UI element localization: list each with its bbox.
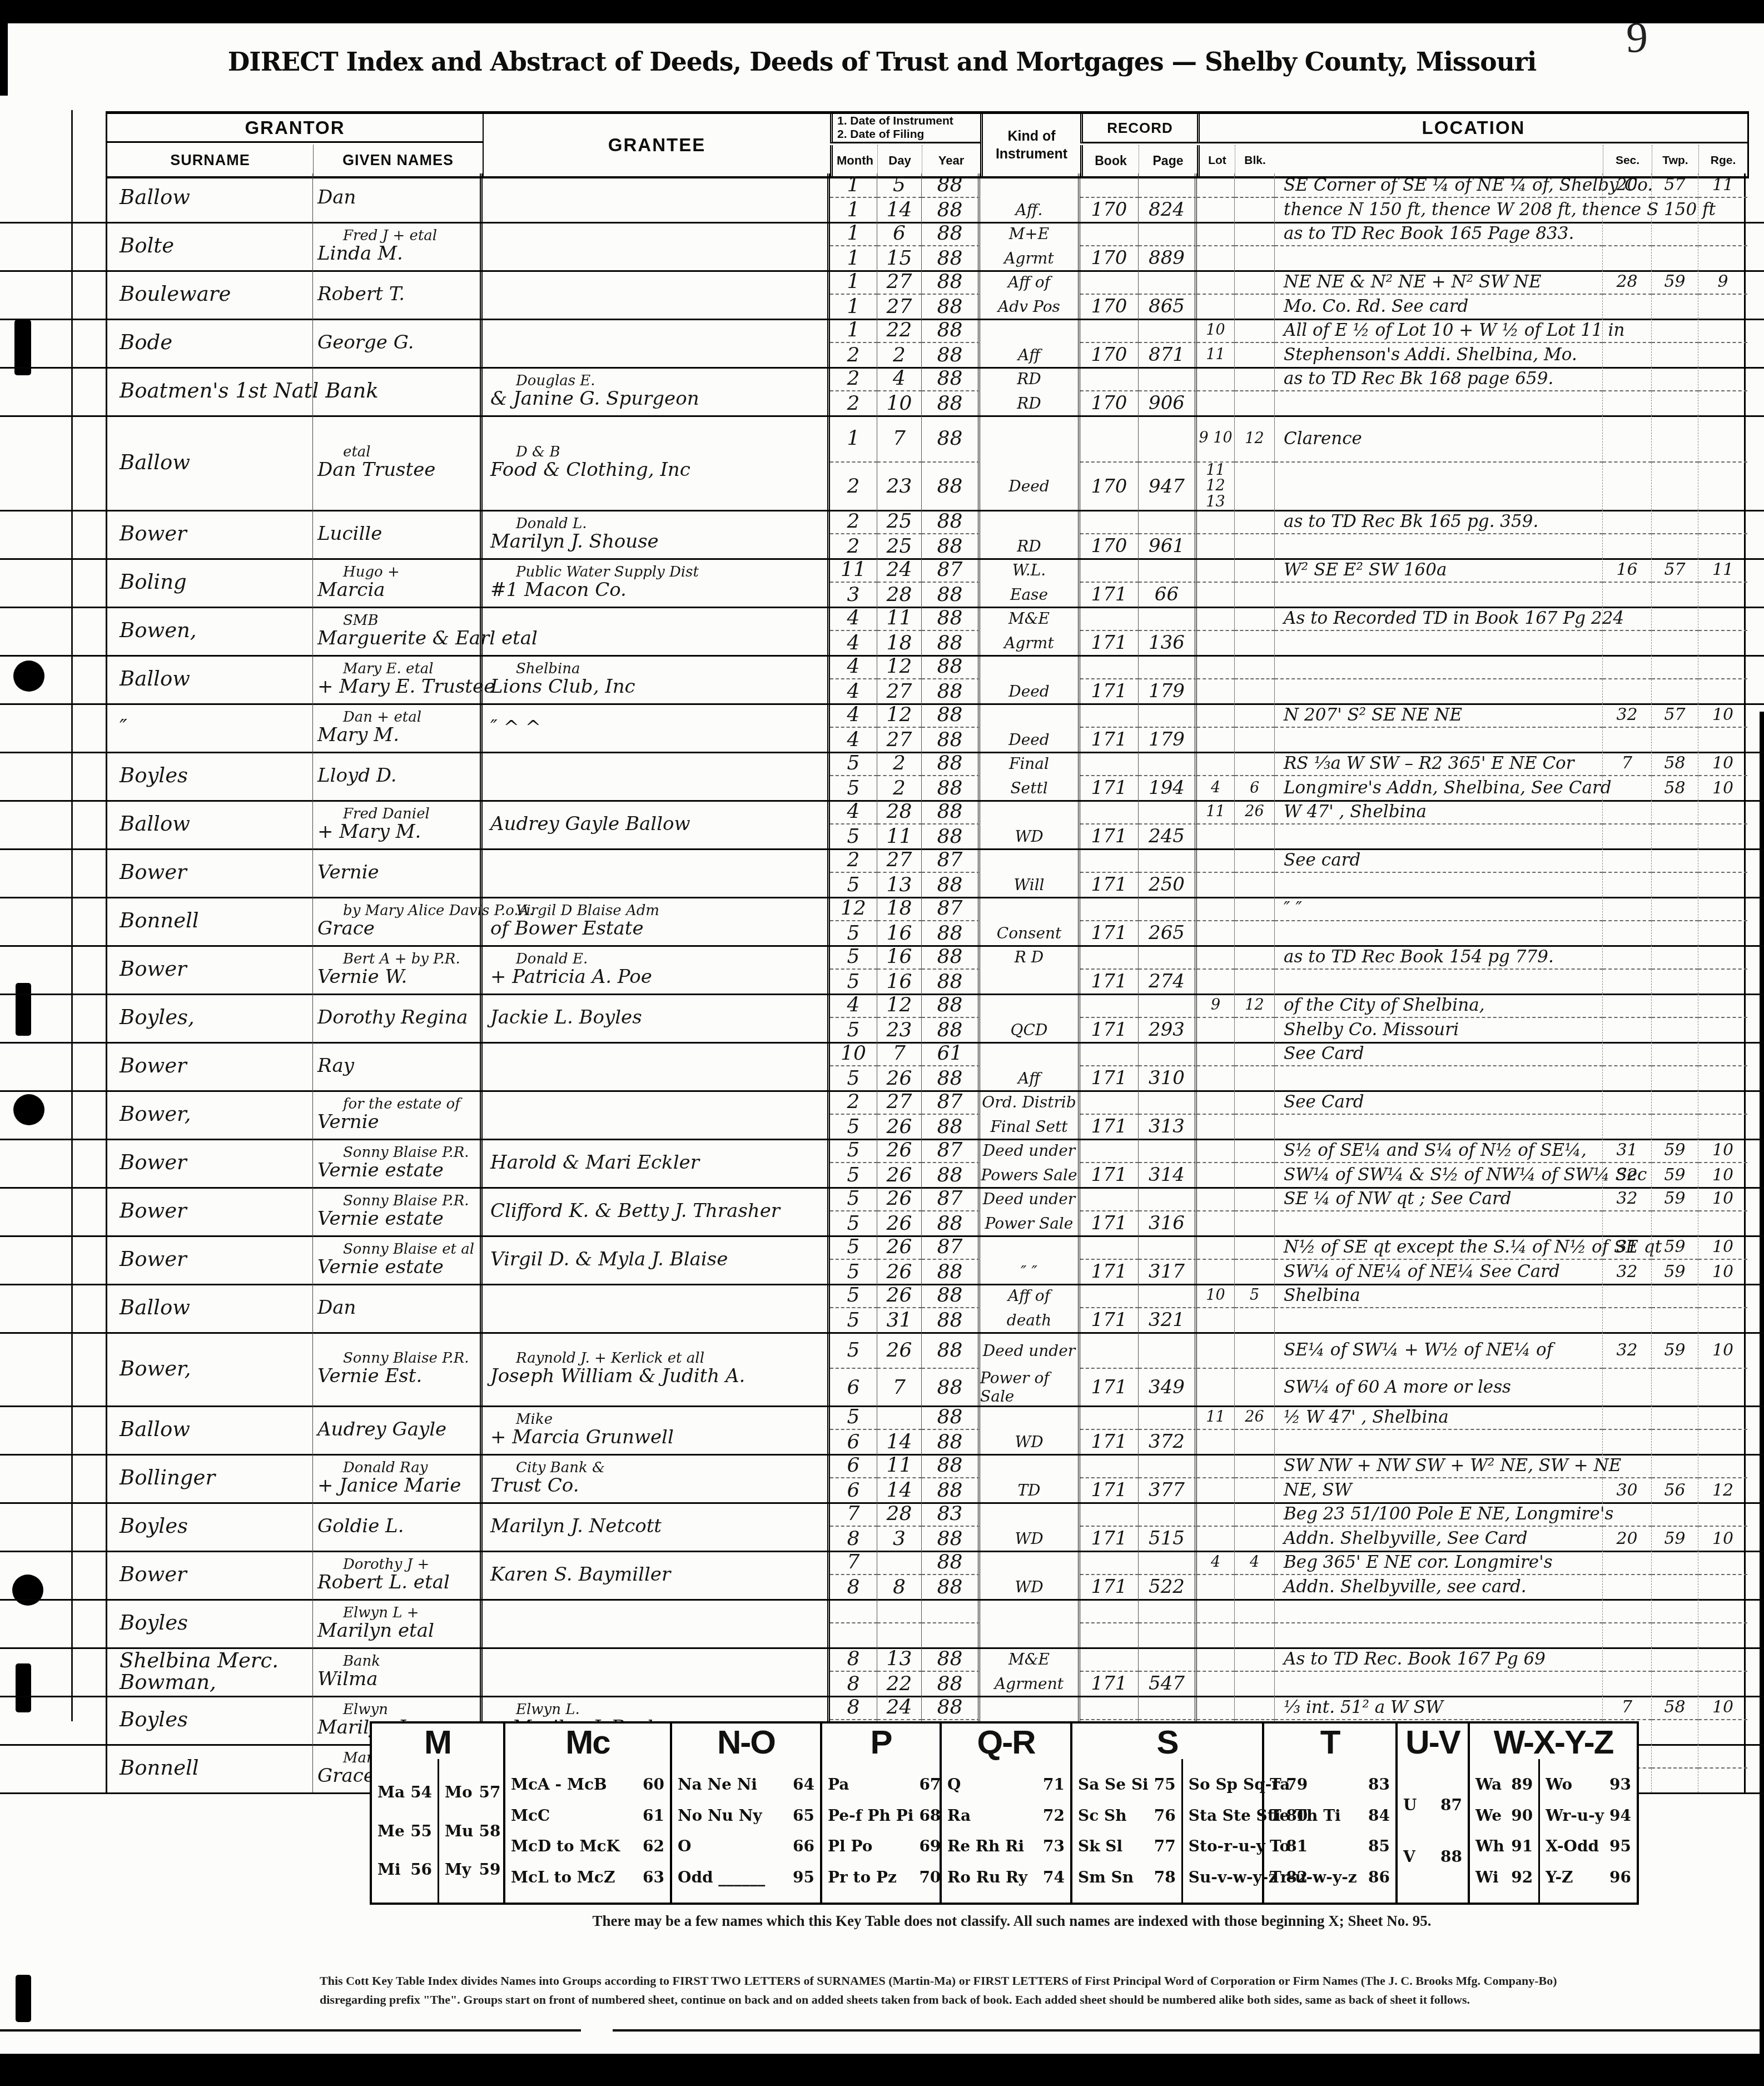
location-rge bbox=[1698, 970, 1747, 994]
grantee: + Marcia Grunwell bbox=[490, 1428, 827, 1448]
location-rge: 11 bbox=[1698, 173, 1747, 198]
key-column: Ta83Te Th Ti84To85Tr-u-w-y-z86 bbox=[1264, 1759, 1395, 1903]
key-item-range: Wr-u-y bbox=[1546, 1806, 1604, 1825]
record-page: 947 bbox=[1139, 463, 1197, 510]
key-column: U87V88 bbox=[1398, 1759, 1468, 1903]
kind-of-instrument bbox=[980, 1696, 1080, 1720]
kind-of-instrument bbox=[980, 1405, 1080, 1430]
index-entry: BolteFred J + etalLinda M.1688M+Eas to T… bbox=[106, 222, 1746, 270]
location-sec bbox=[1603, 1575, 1652, 1600]
key-item: Ta83 bbox=[1270, 1775, 1390, 1794]
record-page: 321 bbox=[1139, 1308, 1197, 1333]
date-month: 5 bbox=[830, 825, 877, 849]
location-sec bbox=[1603, 583, 1652, 607]
location-description: All of E ½ of Lot 10 + W ½ of Lot 11 in bbox=[1275, 319, 1603, 343]
key-table: MMa54Me55Mi56Mo57Mu58My59McMcA - McB60Mc… bbox=[370, 1721, 1639, 1905]
location-rge bbox=[1698, 1551, 1747, 1575]
grantee-cell bbox=[483, 1284, 830, 1332]
index-entry: BowerSonny Blaise et alVernie estateVirg… bbox=[106, 1235, 1746, 1284]
grantor-given: Dan bbox=[317, 188, 480, 208]
location-rge bbox=[1698, 1769, 1747, 1793]
index-entry: BoylesElwyn L +Marilyn etal bbox=[106, 1599, 1746, 1647]
location-rge bbox=[1698, 1042, 1747, 1066]
record-page: 313 bbox=[1139, 1115, 1197, 1139]
key-item-range: Ma bbox=[377, 1783, 405, 1801]
grantee-cell: Audrey Gayle Ballow bbox=[483, 800, 830, 848]
location-lot bbox=[1197, 1066, 1235, 1091]
location-description: ½ W 47' , Shelbina bbox=[1275, 1405, 1603, 1430]
date-year: 88 bbox=[922, 1018, 980, 1042]
location-lot bbox=[1197, 607, 1235, 631]
location-lot bbox=[1197, 970, 1235, 994]
record-page: 274 bbox=[1139, 970, 1197, 994]
location-twp bbox=[1652, 1369, 1698, 1405]
grantor-surname-2: Bowen, bbox=[120, 620, 312, 642]
location-rge bbox=[1698, 1744, 1747, 1769]
key-item: Mo57 bbox=[445, 1783, 500, 1801]
location-twp: 59 bbox=[1652, 1527, 1698, 1551]
location-description bbox=[1275, 873, 1603, 897]
record-page: 66 bbox=[1139, 583, 1197, 607]
date-year: 88 bbox=[922, 222, 980, 246]
location-rge bbox=[1698, 728, 1747, 752]
location-sec bbox=[1603, 1066, 1652, 1091]
grantor-given: + Mary M. bbox=[317, 822, 480, 842]
location-lot: 11 bbox=[1197, 1405, 1235, 1430]
record-page bbox=[1139, 319, 1197, 343]
bottom-rule-right bbox=[613, 2029, 1764, 2032]
location-description bbox=[1275, 1115, 1603, 1139]
location-description: as to TD Rec Bk 168 page 659. bbox=[1275, 367, 1603, 391]
grantor-surname-cell: Boyles bbox=[107, 1599, 313, 1647]
date-month: 4 bbox=[830, 800, 877, 825]
grantee-cell: ShelbinaLions Club, Inc bbox=[483, 655, 830, 703]
location-rge bbox=[1698, 921, 1747, 946]
location-lot bbox=[1197, 1090, 1235, 1115]
location-twp: 59 bbox=[1652, 1332, 1698, 1369]
grantor-given-cell: SMBMarguerite & Earl etal bbox=[313, 607, 483, 655]
location-sec bbox=[1603, 728, 1652, 752]
grantor-given: Vernie bbox=[317, 863, 480, 883]
key-item-range: Pl Po bbox=[828, 1837, 872, 1855]
kind-of-instrument: Deed bbox=[980, 728, 1080, 752]
location-twp bbox=[1652, 921, 1698, 946]
location-sec bbox=[1603, 1672, 1652, 1696]
kind-of-instrument: QCD bbox=[980, 1018, 1080, 1042]
location-sec bbox=[1603, 222, 1652, 246]
location-lot bbox=[1197, 1369, 1235, 1405]
grantee-cell bbox=[483, 1042, 830, 1090]
record-page bbox=[1139, 1647, 1197, 1672]
record-page bbox=[1139, 415, 1197, 463]
location-sec bbox=[1603, 295, 1652, 319]
location-blk: 26 bbox=[1235, 800, 1275, 825]
scan-edge-right bbox=[1760, 712, 1764, 2054]
index-entry: Boyles,Dorothy ReginaJackie L. Boyles412… bbox=[106, 994, 1746, 1042]
location-description: as to TD Rec Book 165 Page 833. bbox=[1275, 222, 1603, 246]
location-description bbox=[1275, 728, 1603, 752]
location-blk bbox=[1235, 295, 1275, 319]
date-month: 5 bbox=[830, 921, 877, 946]
grantee: Lions Club, Inc bbox=[490, 677, 827, 697]
record-book: 171 bbox=[1080, 1672, 1139, 1696]
location-rge bbox=[1698, 1018, 1747, 1042]
location-lot bbox=[1197, 1211, 1235, 1236]
grantee-cell: ″ ^ ^ bbox=[483, 703, 830, 752]
date-year: 88 bbox=[922, 679, 980, 704]
record-book bbox=[1080, 1187, 1139, 1211]
fine-print-line2: disregarding prefix "The". Groups start … bbox=[320, 1990, 1763, 2009]
location-twp bbox=[1652, 1018, 1698, 1042]
key-group-label: P bbox=[822, 1724, 940, 1759]
location-twp bbox=[1652, 1454, 1698, 1478]
record-page bbox=[1139, 1502, 1197, 1527]
date-month: 5 bbox=[830, 1308, 877, 1333]
record-page bbox=[1139, 510, 1197, 534]
date-year: 88 bbox=[922, 873, 980, 897]
index-entry: BowerVernie22787See card51388Will171250 bbox=[106, 848, 1746, 897]
grantee: Joseph William & Judith A. bbox=[490, 1367, 827, 1387]
date-month: 4 bbox=[830, 679, 877, 704]
location-twp: 59 bbox=[1652, 1139, 1698, 1163]
record-book: 171 bbox=[1080, 873, 1139, 897]
grantor-given: Lloyd D. bbox=[317, 766, 480, 786]
date-year: 88 bbox=[922, 800, 980, 825]
location-rge bbox=[1698, 655, 1747, 679]
location-sec: 32 bbox=[1603, 1260, 1652, 1284]
kind-of-instrument: Agrmt bbox=[980, 631, 1080, 655]
location-lot bbox=[1197, 703, 1235, 728]
date-month: 2 bbox=[830, 510, 877, 534]
location-blk bbox=[1235, 1369, 1275, 1405]
grantor-surname: Bower bbox=[120, 1200, 312, 1222]
location-description: As to Recorded TD in Book 167 Pg 224 bbox=[1275, 607, 1603, 631]
location-rge bbox=[1698, 1647, 1747, 1672]
date-month: 8 bbox=[830, 1647, 877, 1672]
key-item-range: Odd ______ bbox=[678, 1868, 765, 1886]
date-month: 2 bbox=[830, 848, 877, 873]
record-book: 171 bbox=[1080, 1478, 1139, 1503]
location-description: Addn. Shelbyville, see card. bbox=[1275, 1575, 1603, 1600]
location-lot bbox=[1197, 1696, 1235, 1720]
grantee: ″ ^ ^ bbox=[490, 718, 827, 738]
grantor-given-cell: Fred J + etalLinda M. bbox=[313, 222, 483, 270]
key-item: Mu58 bbox=[445, 1822, 500, 1840]
key-item-range: Pa bbox=[828, 1775, 849, 1794]
key-item-range: U bbox=[1403, 1796, 1417, 1814]
location-sec: 7 bbox=[1603, 752, 1652, 776]
grantor-given-top: Elwyn bbox=[343, 1702, 480, 1717]
location-description bbox=[1275, 1066, 1603, 1091]
location-sec bbox=[1603, 655, 1652, 679]
grantee-cell: Douglas E.& Janine G. Spurgeon bbox=[483, 367, 830, 415]
key-item-range: Ro Ru Ry bbox=[947, 1868, 1027, 1886]
key-item-sheet-number: 70 bbox=[919, 1868, 941, 1886]
date-month: 4 bbox=[830, 655, 877, 679]
record-book bbox=[1080, 1139, 1139, 1163]
location-sec bbox=[1603, 1115, 1652, 1139]
date-month: 1 bbox=[830, 246, 877, 271]
key-item-range: Ta bbox=[1270, 1775, 1290, 1794]
date-day: 3 bbox=[877, 1527, 922, 1551]
col-sec: Sec. bbox=[1603, 145, 1652, 176]
record-page bbox=[1139, 848, 1197, 873]
location-description bbox=[1275, 463, 1603, 510]
kind-of-instrument: Deed bbox=[980, 463, 1080, 510]
location-twp bbox=[1652, 607, 1698, 631]
record-page bbox=[1139, 655, 1197, 679]
date-year: 88 bbox=[922, 1284, 980, 1308]
location-blk bbox=[1235, 897, 1275, 921]
date-year: 88 bbox=[922, 1527, 980, 1551]
date-day: 26 bbox=[877, 1284, 922, 1308]
index-entry: BallowDan52688Aff of105Shelbina53188deat… bbox=[106, 1284, 1746, 1332]
grantor-given-cell: Goldie L. bbox=[313, 1502, 483, 1551]
key-item-range: McC bbox=[511, 1806, 550, 1825]
location-description bbox=[1275, 825, 1603, 849]
kind-of-instrument bbox=[980, 1042, 1080, 1066]
location-blk bbox=[1235, 970, 1275, 994]
index-entry: BowerRay10761See Card52688Aff171310 bbox=[106, 1042, 1746, 1090]
location-blk bbox=[1235, 270, 1275, 295]
fine-print-line1: This Cott Key Table Index divides Names … bbox=[320, 1971, 1763, 1990]
col-page: Page bbox=[1139, 145, 1197, 176]
grantor-given: Linda M. bbox=[317, 244, 480, 264]
location-description bbox=[1275, 391, 1603, 416]
location-description: SE ¼ of NW qt ; See Card bbox=[1275, 1187, 1603, 1211]
record-book bbox=[1080, 897, 1139, 921]
kind-of-instrument: M+E bbox=[980, 222, 1080, 246]
location-description bbox=[1275, 1623, 1603, 1648]
date-year: 88 bbox=[922, 295, 980, 319]
record-page bbox=[1139, 173, 1197, 198]
kind-of-instrument: W.L. bbox=[980, 558, 1080, 583]
kind-of-instrument: Will bbox=[980, 873, 1080, 897]
col-record: RECORD bbox=[1080, 114, 1197, 143]
record-page bbox=[1139, 752, 1197, 776]
date-day: 11 bbox=[877, 607, 922, 631]
grantor-given-cell bbox=[313, 367, 483, 415]
date-month: 5 bbox=[830, 873, 877, 897]
date-day: 16 bbox=[877, 945, 922, 970]
index-entry: BallowMary E. etal+ Mary E. TrusteeShelb… bbox=[106, 655, 1746, 703]
location-lot bbox=[1197, 945, 1235, 970]
grantor-surname: Bower bbox=[120, 1564, 312, 1586]
scan-edge-top bbox=[0, 0, 1764, 23]
location-rge bbox=[1698, 319, 1747, 343]
record-book bbox=[1080, 1405, 1139, 1430]
location-blk bbox=[1235, 848, 1275, 873]
kind-of-instrument: Consent bbox=[980, 921, 1080, 946]
location-rge: 10 bbox=[1698, 776, 1747, 801]
record-page: 515 bbox=[1139, 1527, 1197, 1551]
margin-rule bbox=[71, 110, 73, 1721]
grantor-given-top: for the estate of bbox=[343, 1097, 480, 1111]
grantee-cell: Karen S. Baymiller bbox=[483, 1551, 830, 1599]
key-item: Ra72 bbox=[947, 1806, 1065, 1825]
grantor-given-top: Elwyn L + bbox=[343, 1606, 480, 1620]
grantor-given-cell: Sonny Blaise P.R.Vernie estate bbox=[313, 1187, 483, 1235]
record-book: 171 bbox=[1080, 970, 1139, 994]
record-book: 171 bbox=[1080, 921, 1139, 946]
record-page bbox=[1139, 1405, 1197, 1430]
location-twp bbox=[1652, 367, 1698, 391]
location-lot bbox=[1197, 1623, 1235, 1648]
location-sec bbox=[1603, 343, 1652, 367]
key-item: O66 bbox=[678, 1837, 814, 1855]
key-item: Sm Sn78 bbox=[1078, 1868, 1176, 1886]
record-page bbox=[1139, 367, 1197, 391]
grantor-given: Marcia bbox=[317, 580, 480, 600]
location-twp: 57 bbox=[1652, 173, 1698, 198]
location-sec bbox=[1603, 994, 1652, 1018]
location-sec: 20 bbox=[1603, 173, 1652, 198]
location-rge bbox=[1698, 1066, 1747, 1091]
grantor-given-top: SMB bbox=[343, 613, 480, 628]
grantee-top: Mike bbox=[516, 1412, 827, 1427]
date-year: 88 bbox=[922, 945, 980, 970]
date-day: 11 bbox=[877, 1454, 922, 1478]
location-twp: 59 bbox=[1652, 1235, 1698, 1260]
record-book bbox=[1080, 1696, 1139, 1720]
date-of-instrument-label: 1. Date of Instrument bbox=[837, 115, 953, 128]
date-month: 4 bbox=[830, 994, 877, 1018]
location-rge bbox=[1698, 1575, 1747, 1600]
key-group-q-r: Q-RQ71Ra72Re Rh Ri73Ro Ru Ry74 bbox=[942, 1724, 1072, 1903]
grantor-given-top: Donald Ray bbox=[343, 1461, 480, 1475]
record-page: 317 bbox=[1139, 1260, 1197, 1284]
key-item-range: Wi bbox=[1475, 1868, 1499, 1886]
date-month: 2 bbox=[830, 367, 877, 391]
record-book: 171 bbox=[1080, 825, 1139, 849]
record-page: 293 bbox=[1139, 1018, 1197, 1042]
location-rge: 10 bbox=[1698, 703, 1747, 728]
key-item-sheet-number: 63 bbox=[643, 1868, 664, 1886]
record-book bbox=[1080, 1502, 1139, 1527]
grantor-given-top: Dorothy J + bbox=[343, 1557, 480, 1572]
grantor-surname: Bower bbox=[120, 862, 312, 883]
record-book bbox=[1080, 415, 1139, 463]
key-item-sheet-number: 56 bbox=[410, 1860, 432, 1879]
key-item: Sc Sh76 bbox=[1078, 1806, 1176, 1825]
kind-of-instrument bbox=[980, 848, 1080, 873]
date-month: 4 bbox=[830, 703, 877, 728]
grantee-cell: Donald E.+ Patricia A. Poe bbox=[483, 945, 830, 994]
grantee: of Bower Estate bbox=[490, 919, 827, 939]
location-lot bbox=[1197, 752, 1235, 776]
grantor-surname-2: Bower, bbox=[120, 1104, 312, 1125]
grantor-surname: Ballow bbox=[120, 187, 312, 208]
date-of-filing-label: 2. Date of Filing bbox=[837, 128, 924, 141]
key-item-range: No Nu Ny bbox=[678, 1806, 762, 1825]
key-item-range: Mu bbox=[445, 1822, 473, 1840]
kind-of-instrument: RD bbox=[980, 367, 1080, 391]
key-item: Wi92 bbox=[1475, 1868, 1533, 1886]
location-rge bbox=[1698, 873, 1747, 897]
key-item-sheet-number: 90 bbox=[1511, 1806, 1533, 1825]
date-year: 88 bbox=[922, 1551, 980, 1575]
grantor-given-top: Dan + etal bbox=[343, 710, 480, 724]
location-sec bbox=[1603, 970, 1652, 994]
record-page: 314 bbox=[1139, 1163, 1197, 1188]
location-sec bbox=[1603, 776, 1652, 801]
location-lot bbox=[1197, 1235, 1235, 1260]
date-year: 88 bbox=[922, 270, 980, 295]
date-day: 27 bbox=[877, 1090, 922, 1115]
location-blk bbox=[1235, 1090, 1275, 1115]
location-twp bbox=[1652, 1211, 1698, 1236]
grantor-surname-cell: Bonnell bbox=[107, 897, 313, 945]
grantor-given: Grace bbox=[317, 919, 480, 939]
key-item: V88 bbox=[1403, 1847, 1462, 1866]
key-group-columns: Wa89We90Wh91Wi92Wo93Wr-u-y94X-Odd95Y-Z96 bbox=[1470, 1759, 1637, 1903]
key-item: Wo93 bbox=[1546, 1775, 1631, 1794]
location-rge: 10 bbox=[1698, 1139, 1747, 1163]
location-lot bbox=[1197, 1647, 1235, 1672]
grantee: Marilyn J. Shouse bbox=[490, 532, 827, 552]
location-rge bbox=[1698, 897, 1747, 921]
location-rge bbox=[1698, 825, 1747, 849]
record-book bbox=[1080, 848, 1139, 873]
record-book bbox=[1080, 1042, 1139, 1066]
record-book: 170 bbox=[1080, 198, 1139, 222]
grantor-surname: Boling bbox=[120, 572, 312, 593]
key-group-label: S bbox=[1072, 1724, 1262, 1759]
grantor-given-top: Mary E. etal bbox=[343, 662, 480, 676]
grantee-cell: Marilyn J. Netcott bbox=[483, 1502, 830, 1551]
kind-of-instrument: M&E bbox=[980, 1647, 1080, 1672]
index-entry: Bonnellby Mary Alice Davis P.o.A.GraceVi… bbox=[106, 897, 1746, 945]
index-entry: ″Dan + etalMary M.″ ^ ^41288N 207' S² SE… bbox=[106, 703, 1746, 752]
kind-of-instrument: Power Sale bbox=[980, 1211, 1080, 1236]
location-lot bbox=[1197, 873, 1235, 897]
key-item-sheet-number: 68 bbox=[919, 1806, 941, 1825]
date-day: 26 bbox=[877, 1235, 922, 1260]
location-blk bbox=[1235, 1454, 1275, 1478]
location-description bbox=[1275, 655, 1603, 679]
index-entry: BallowetalDan TrusteeD & BFood & Clothin… bbox=[106, 415, 1746, 510]
key-item-sheet-number: 88 bbox=[1440, 1847, 1462, 1866]
location-rge: 10 bbox=[1698, 1187, 1747, 1211]
record-book bbox=[1080, 173, 1139, 198]
grantor-surname-cell: Bower bbox=[107, 1551, 313, 1599]
grantor-given-top: Bert A + by P.R. bbox=[343, 952, 480, 966]
grantor-given-cell: Elwyn L +Marilyn etal bbox=[313, 1599, 483, 1647]
date-year: 88 bbox=[922, 1332, 980, 1369]
key-column: Na Ne Ni64No Nu Ny65O66Odd ______95 bbox=[672, 1759, 820, 1903]
grantor-given-top: Sonny Blaise et al bbox=[343, 1242, 480, 1256]
kind-of-instrument bbox=[980, 655, 1080, 679]
col-day: Day bbox=[877, 145, 922, 176]
grantor-surname: Ballow bbox=[120, 813, 312, 835]
location-rge bbox=[1698, 1284, 1747, 1308]
record-book bbox=[1080, 945, 1139, 970]
date-year: 88 bbox=[922, 1672, 980, 1696]
record-book: 171 bbox=[1080, 1260, 1139, 1284]
grantor-surname-cell: Bower bbox=[107, 848, 313, 897]
location-description: RS ⅓a W SW – R2 365' E NE Cor bbox=[1275, 752, 1603, 776]
location-twp bbox=[1652, 1551, 1698, 1575]
key-item-sheet-number: 92 bbox=[1511, 1868, 1533, 1886]
kind-of-instrument: R D bbox=[980, 945, 1080, 970]
binder-hole bbox=[16, 983, 31, 1036]
location-blk bbox=[1235, 1163, 1275, 1188]
location-rge: 12 bbox=[1698, 1478, 1747, 1503]
location-blk bbox=[1235, 319, 1275, 343]
key-item: We90 bbox=[1475, 1806, 1533, 1825]
key-item-range: Tr-u-w-y-z bbox=[1270, 1868, 1357, 1886]
date-month: 6 bbox=[830, 1454, 877, 1478]
